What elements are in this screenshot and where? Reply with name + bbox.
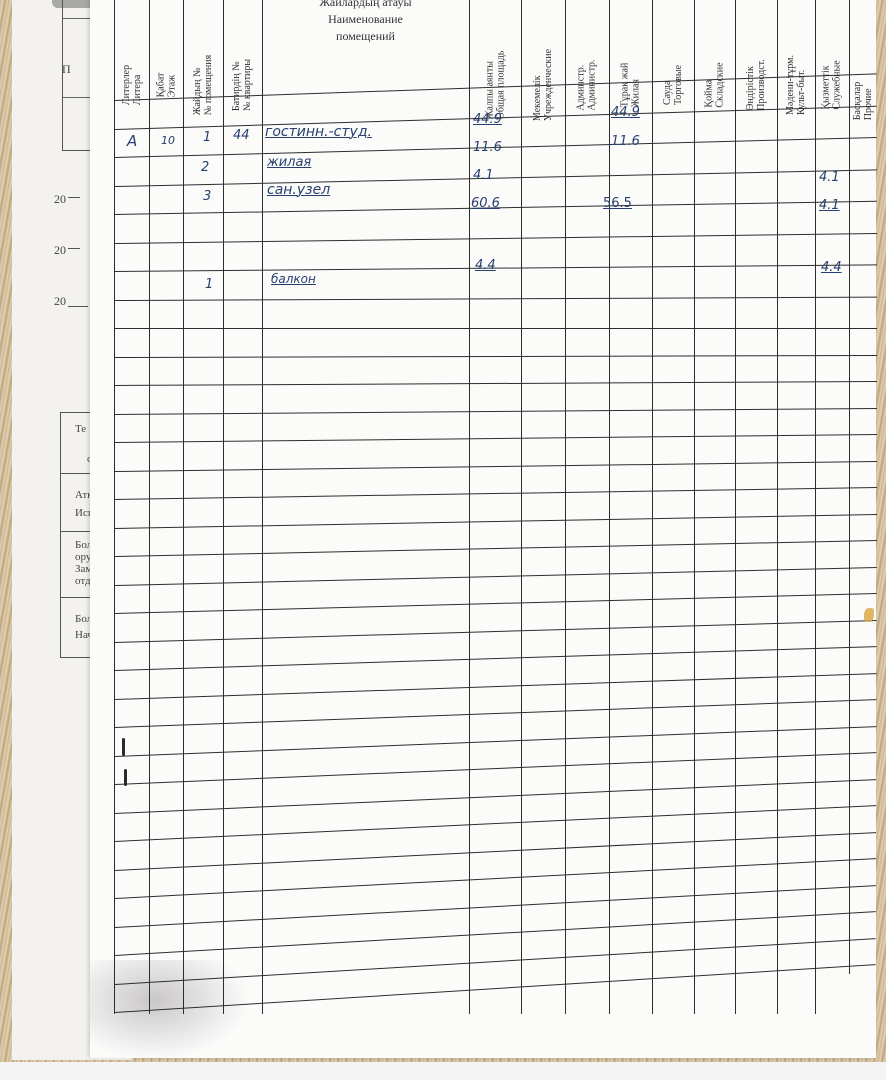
cell-service-sum: 4.1	[819, 198, 840, 213]
cell-total-area-sum: 60.6	[471, 196, 500, 211]
cell-room-no: 1	[203, 130, 211, 145]
row-divider	[115, 434, 877, 443]
box-text: отд	[75, 575, 91, 587]
cell-litera: А	[127, 132, 137, 150]
cell-room-no: 3	[203, 189, 211, 204]
pen-mark	[122, 738, 125, 756]
cell-room-name: балкон	[271, 272, 316, 286]
header-apt-no: Батирдің № № квартиры	[223, 4, 262, 96]
cell-floor: 10	[161, 134, 175, 147]
form-page: Литерлер Литера Қабат Этаж Жайдың № № по…	[90, 0, 876, 1058]
row-divider	[115, 540, 877, 557]
header-storage: Қойма Складские	[694, 4, 735, 96]
cell-apt-no: 44	[233, 128, 250, 143]
col-divider	[521, 0, 522, 1014]
header-floor: Қабат Этаж	[149, 4, 183, 96]
col-divider	[694, 0, 695, 1014]
cell-total-area: 4.1	[473, 168, 494, 183]
row-divider	[115, 805, 876, 842]
bottom-strip	[0, 1062, 886, 1080]
row-divider	[115, 381, 877, 386]
col-divider	[735, 0, 736, 1014]
row-divider	[115, 296, 877, 300]
row-divider	[115, 779, 876, 814]
row-divider	[115, 699, 877, 728]
header-total-area: Жалпы аянты Общая площадь	[469, 4, 521, 96]
col-divider	[777, 0, 778, 1014]
row-divider	[115, 938, 876, 985]
header-trade: Сауда Торговые	[652, 4, 694, 96]
col-divider	[652, 0, 653, 1014]
row-divider	[115, 461, 877, 472]
row-divider	[115, 408, 877, 415]
cell-service: 4.1	[819, 170, 840, 185]
year-label: 20	[54, 192, 66, 207]
header-litera: Литерлер Литера	[115, 4, 149, 96]
header-production: Өндірістік Производст.	[735, 4, 777, 96]
cell-room-name: сан.узел	[267, 182, 330, 198]
row-divider	[115, 726, 876, 757]
year-label: 20	[54, 294, 66, 309]
row-divider	[115, 355, 877, 358]
cell-room-no: 1	[205, 277, 213, 292]
explication-table: Литерлер Литера Қабат Этаж Жайдың № № по…	[114, 0, 877, 1014]
pen-mark	[124, 769, 127, 786]
row-divider	[115, 593, 877, 614]
col-divider	[223, 0, 224, 1014]
cell-total-area: 44.9	[473, 112, 502, 127]
header-cultural: Мәдени-тұрм. Культ-быт.	[777, 4, 815, 96]
row-divider	[115, 487, 877, 500]
header-other: Басқалар Прочие	[849, 20, 877, 112]
col-divider	[469, 0, 470, 1014]
year-label: 20	[54, 243, 66, 258]
col-divider	[183, 0, 184, 1014]
row-divider	[115, 620, 877, 643]
cell-room-no: 2	[201, 160, 209, 175]
back-page-label: П	[62, 62, 71, 77]
header-institutions: Мекемелік Учрежденческие	[521, 4, 565, 96]
header-room-name: Жайлардың атауы Наименование помещений	[263, 0, 468, 45]
row-divider	[115, 752, 876, 785]
cell-total-area: 4.4	[475, 258, 496, 273]
row-divider	[115, 233, 877, 244]
box-text: Те	[75, 423, 86, 435]
col-divider	[565, 0, 566, 1014]
stain-mark	[864, 608, 874, 622]
row-divider	[115, 514, 877, 529]
row-divider	[115, 646, 877, 671]
box-text: ору	[75, 551, 91, 563]
cell-total-area: 11.6	[473, 140, 502, 155]
cell-living: 44.9	[611, 105, 640, 120]
row-divider	[115, 911, 876, 956]
col-divider	[149, 0, 150, 1014]
cell-living-sum: 56.5	[603, 196, 632, 211]
row-divider	[115, 673, 877, 700]
row-divider	[115, 964, 876, 1013]
cell-service: 4.4	[821, 260, 842, 275]
cell-room-name: гостинн.-студ.	[265, 124, 372, 140]
cell-room-name: жилая	[267, 155, 311, 170]
header-room-no: Жайдың № № помещения	[183, 4, 223, 96]
row-divider	[115, 567, 877, 586]
header-service: Қызметтік Служебные	[815, 4, 849, 96]
row-divider	[115, 328, 877, 329]
row-divider	[115, 169, 877, 187]
col-divider	[609, 0, 610, 1014]
cell-living: 11.6	[611, 134, 640, 149]
row-divider	[115, 264, 877, 272]
